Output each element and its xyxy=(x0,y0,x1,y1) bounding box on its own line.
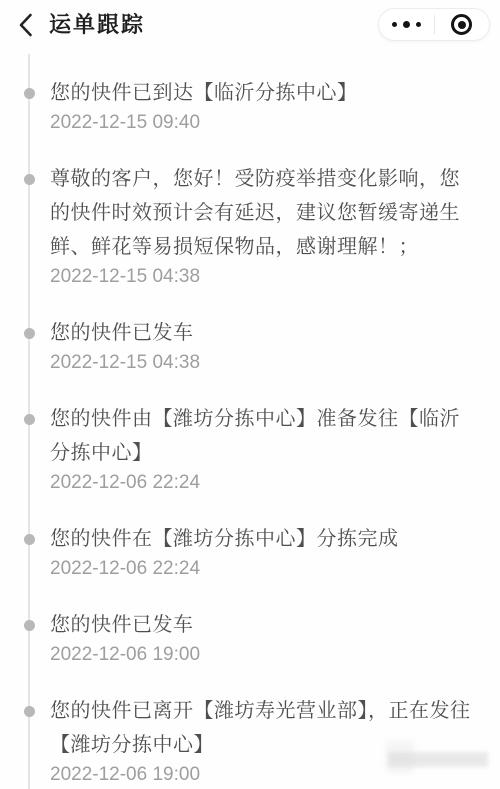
back-button[interactable] xyxy=(12,9,39,41)
capsule-menu xyxy=(378,8,490,41)
timeline-dot xyxy=(24,88,35,99)
event-message: 您的快件已到达【临沂分拣中心】 xyxy=(50,76,472,110)
event-timestamp: 2022-12-15 04:38 xyxy=(50,264,472,290)
nav-bar: 运单跟踪 xyxy=(0,0,500,50)
mini-program-screen: 运单跟踪 您的快件已到达【临沂分拣中心】 2022-12-15 09:40 尊敬… xyxy=(0,0,500,789)
event-timestamp: 2022-12-06 22:24 xyxy=(50,470,472,496)
event-message: 您的快件由【潍坊分拣中心】准备发往【临沂分拣中心】 xyxy=(50,402,472,470)
event-timestamp: 2022-12-06 22:24 xyxy=(50,556,472,582)
timeline-event: 您的快件已到达【临沂分拣中心】 2022-12-15 09:40 xyxy=(50,76,472,136)
more-button[interactable] xyxy=(379,9,434,40)
event-message: 您的快件已发车 xyxy=(50,316,472,350)
event-message: 尊敬的客户，您好！受防疫举措变化影响，您的快件时效预计会有延迟，建议您暂缓寄递生… xyxy=(50,162,472,264)
event-list: 您的快件已到达【临沂分拣中心】 2022-12-15 09:40 尊敬的客户，您… xyxy=(50,76,472,788)
event-message: 您的快件已发车 xyxy=(50,608,472,642)
timeline-event: 您的快件在【潍坊分拣中心】分拣完成 2022-12-06 22:24 xyxy=(50,522,472,582)
timeline-event: 您的快件已发车 2022-12-15 04:38 xyxy=(50,316,472,376)
event-timestamp: 2022-12-06 19:00 xyxy=(50,642,472,668)
watermark-smudge-small xyxy=(386,741,414,773)
timeline-event: 尊敬的客户，您好！受防疫举措变化影响，您的快件时效预计会有延迟，建议您暂缓寄递生… xyxy=(50,162,472,290)
exit-button[interactable] xyxy=(435,9,490,40)
timeline-dot xyxy=(24,174,35,185)
timeline-dot xyxy=(24,534,35,545)
timeline-event: 您的快件由【潍坊分拣中心】准备发往【临沂分拣中心】 2022-12-06 22:… xyxy=(50,402,472,496)
timeline-dot xyxy=(24,328,35,339)
timeline-dot xyxy=(24,620,35,631)
timeline-dot xyxy=(24,414,35,425)
timeline-dot xyxy=(24,706,35,717)
ellipsis-icon xyxy=(392,21,421,28)
timeline-event: 您的快件已发车 2022-12-06 19:00 xyxy=(50,608,472,668)
event-message: 您的快件在【潍坊分拣中心】分拣完成 xyxy=(50,522,472,556)
page-title: 运单跟踪 xyxy=(49,14,145,36)
chevron-left-icon xyxy=(18,13,33,37)
tracking-timeline: 您的快件已到达【临沂分拣中心】 2022-12-15 09:40 尊敬的客户，您… xyxy=(0,50,500,789)
event-timestamp: 2022-12-15 04:38 xyxy=(50,350,472,376)
event-timestamp: 2022-12-15 09:40 xyxy=(50,110,472,136)
record-circle-icon xyxy=(451,14,472,35)
